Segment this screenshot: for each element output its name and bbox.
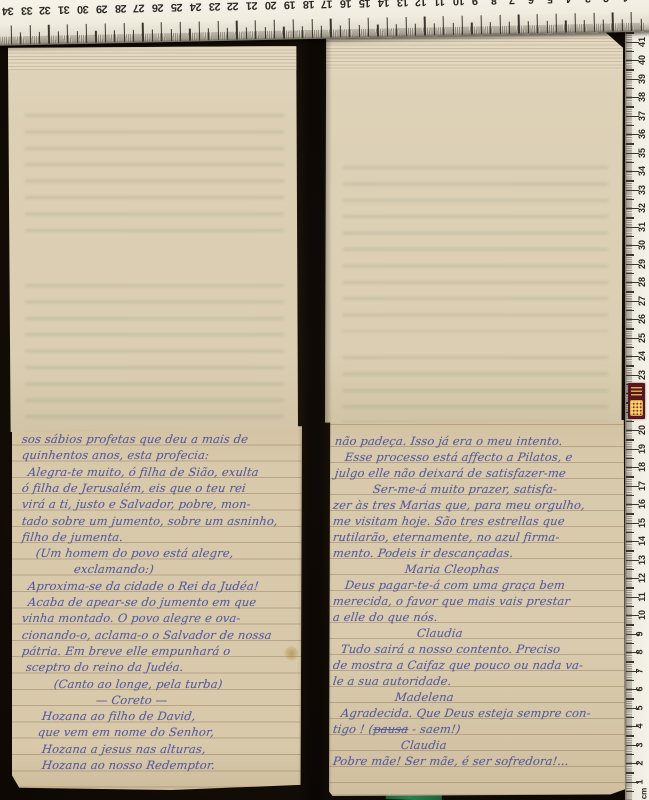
handwriting-line: cionando-o, aclama-o o Salvador de nossa	[21, 628, 273, 642]
ruler-number: 27	[134, 2, 146, 14]
ruler-half-tick	[626, 754, 634, 755]
ruler-half-tick	[452, 23, 454, 35]
ruler-cm-tick	[626, 227, 639, 228]
ruler-half-tick	[626, 69, 634, 70]
ruler-number: 20	[265, 0, 277, 11]
ruler-half-tick	[471, 22, 473, 34]
ruler-cm-tick	[626, 116, 639, 117]
handwriting-line: mento. Podeis ir descançadas.	[332, 546, 514, 560]
ruler-cm-tick	[626, 541, 639, 542]
handwriting-line: Ser-me-á muito prazer, satisfa-	[372, 482, 558, 496]
right-page-handwriting: não padeça. Isso já era o meu intento.Es…	[329, 420, 625, 794]
ruler-number: 29	[96, 2, 108, 14]
ruler-half-tick	[626, 254, 634, 255]
ruler-cm-tick	[480, 15, 482, 34]
ruler-half-tick	[227, 28, 229, 40]
handwriting-line: Agradecida. Que Deus esteja sempre con-	[340, 706, 592, 720]
ruler-half-tick	[490, 22, 492, 34]
ruler-cm-tick	[626, 79, 639, 80]
ruler-half-tick	[626, 717, 634, 718]
ruler-half-tick	[626, 532, 634, 533]
ruler-half-tick	[626, 476, 634, 477]
handwriting-line: Acaba de apear-se do jumento em que	[27, 595, 257, 609]
handwriting-line: Claudia	[400, 738, 447, 752]
ruler-cm-tick	[123, 23, 125, 42]
ruler-half-tick	[626, 587, 634, 588]
ruler-cm-tick	[626, 745, 639, 746]
right-written-page: não padeça. Isso já era o meu intento.Es…	[329, 420, 625, 796]
ruler-number: 6	[528, 0, 534, 5]
ruler-cm-tick	[626, 282, 639, 283]
ruler-cm-tick	[612, 12, 614, 31]
ruler-number: 23	[209, 0, 221, 12]
ruler-cm-tick	[161, 22, 163, 41]
handwriting-line: Deus pagar-te-á com uma graça bem	[344, 578, 566, 592]
ruler-half-tick	[321, 26, 323, 38]
ruler-number: 26	[152, 1, 164, 13]
ruler-half-tick	[584, 20, 586, 32]
ruler-cm-tick	[626, 264, 639, 265]
ruler-cm-tick	[499, 15, 501, 34]
ruler-number: 24	[190, 0, 202, 12]
ruler-half-tick	[626, 365, 634, 366]
ruler-half-tick	[626, 347, 634, 348]
ruler-cm-tick	[626, 449, 639, 450]
ruler-half-tick	[626, 661, 634, 662]
handwriting-line: Esse processo está affecto a Pilatos, e	[344, 450, 573, 464]
ruler-cm-tick	[443, 16, 445, 35]
handwriting-line: merecida, o favor que mais vais prestar	[332, 594, 571, 608]
ruler-half-tick	[626, 513, 634, 514]
ruler-number: 33	[21, 4, 33, 16]
ruler-half-tick	[434, 23, 436, 35]
ruler-cm-tick	[626, 245, 639, 246]
ruler-half-tick	[626, 106, 634, 107]
ruler-cm-tick	[236, 21, 238, 40]
handwriting-line: de mostra a Caifaz que pouco ou nada va-	[332, 658, 584, 672]
ruler-half-tick	[626, 643, 634, 644]
ruler-half-tick	[626, 236, 634, 237]
ruler-half-tick	[302, 26, 304, 38]
ruler-number: 8	[491, 0, 497, 6]
handwriting-line: julgo elle não deixará de satisfazer-me	[334, 466, 567, 480]
ruler-number: 34	[2, 5, 14, 17]
left-page-handwriting: sos sábios profetas que deu a mais dequi…	[12, 424, 302, 790]
handwriting-line: tado sobre um jumento, sobre um asninho,	[21, 514, 279, 528]
ruler-cm-tick	[11, 26, 13, 45]
ruler-half-tick	[626, 698, 634, 699]
ruler-cm-tick	[626, 726, 639, 727]
ruler-cm-tick	[626, 708, 639, 709]
ruler-cm-tick	[593, 13, 595, 32]
ruler-half-tick	[626, 273, 634, 274]
ruler-number: 9	[472, 0, 478, 6]
ruler-half-tick	[377, 25, 379, 37]
ruler-half-tick	[626, 199, 634, 200]
handwriting-line: Claudia	[416, 626, 463, 640]
handwriting-line: pátria. Em breve elle empunhará o	[21, 644, 231, 658]
ruler-cm-tick	[626, 430, 639, 431]
ruler-cm-tick	[626, 634, 639, 635]
paper-stain	[284, 646, 299, 661]
ruler-cm-tick	[255, 20, 257, 39]
ruler-number: 31	[58, 3, 70, 15]
ruler-half-tick	[95, 31, 97, 43]
ruler-cm-tick	[626, 689, 639, 690]
handwriting-line: le a sua autoridade.	[332, 674, 452, 688]
ruler-half-tick	[626, 606, 634, 607]
ruler-cm-tick	[626, 60, 639, 61]
right-lifted-leaf	[325, 28, 623, 425]
ruler-half-tick	[626, 439, 634, 440]
ruler-cm-tick	[274, 20, 276, 39]
handwriting-line: virá a ti, justo e Salvador, pobre, mon-	[21, 497, 252, 511]
ruler-half-tick	[626, 32, 634, 33]
ruler-half-tick	[546, 21, 548, 33]
handwriting-line: Aproxima-se da cidade o Rei da Judéa!	[27, 579, 259, 593]
ruler-cm-tick	[626, 467, 639, 468]
ruler-cm-tick	[626, 97, 639, 98]
ruler-cm-tick	[626, 523, 639, 524]
ruler-half-tick	[415, 24, 417, 36]
ruler-half-tick	[565, 20, 567, 32]
ruler-number: 15	[359, 0, 371, 9]
ruler-half-tick	[189, 29, 191, 41]
ruler-cm-tick	[626, 134, 639, 135]
ruler-half-tick	[626, 772, 634, 773]
ruler-number: 5	[547, 0, 553, 5]
handwriting-line: zer às tres Marias que, para meu orgulho…	[332, 498, 586, 512]
ruler-cm-tick	[626, 42, 639, 43]
ruler-half-tick	[283, 27, 285, 39]
ruler-half-tick	[133, 30, 135, 42]
ruler-half-tick	[58, 32, 60, 44]
handwriting-line: Alegra-te muito, ó filha de Sião, exulta	[27, 465, 259, 479]
ruler-half-tick	[20, 32, 22, 44]
ruler-cm-tick	[626, 597, 639, 598]
ruler-half-tick	[626, 495, 634, 496]
left-lifted-leaf	[8, 46, 298, 432]
handwriting-line: quinhentos anos, esta profecia:	[21, 448, 210, 462]
ruler-half-tick	[622, 19, 624, 31]
ruler-cm-tick	[330, 19, 332, 38]
handwriting-line: a elle do que nós.	[332, 610, 439, 624]
ruler-half-tick	[626, 458, 634, 459]
ruler-cm-tick	[292, 19, 294, 38]
handwriting-line: não padeça. Isso já era o meu intento.	[334, 434, 563, 448]
ruler-cm-tick	[626, 615, 639, 616]
ruler-cm-tick	[424, 17, 426, 36]
ruler-cm-tick	[67, 24, 69, 43]
ruler-half-tick	[603, 20, 605, 32]
ruler-half-tick	[626, 624, 634, 625]
ruler-cm-tick	[626, 486, 639, 487]
handwriting-line: vinha montado. O povo alegre e ova-	[21, 611, 241, 625]
ruler-number: 22	[228, 0, 240, 12]
ruler-half-tick	[114, 30, 116, 42]
handwriting-line: Hozana ao nosso Redemptor.	[41, 758, 216, 772]
handwriting-line: ó filha de Jerusalém, eis que o teu rei	[21, 481, 247, 495]
ruler-cm-tick	[386, 17, 388, 36]
ruler-half-tick	[509, 22, 511, 34]
ruler-cm-tick	[574, 13, 576, 32]
ruler-half-tick	[626, 217, 634, 218]
ruler-half-tick	[626, 125, 634, 126]
ruler-half-tick	[626, 291, 634, 292]
ruler-number: 17	[322, 0, 334, 10]
ruler-cm-tick	[626, 560, 639, 561]
ruler-half-tick	[626, 310, 634, 311]
ruler-cm-tick	[518, 14, 520, 33]
ruler-number: 18	[303, 0, 315, 10]
ruler-cm-tick	[105, 23, 107, 42]
ruler-half-tick	[340, 25, 342, 37]
ruler-number: 13	[397, 0, 409, 8]
ruler-half-tick	[39, 32, 41, 44]
ruler-cm-tick	[180, 22, 182, 41]
ruler-half-tick	[626, 550, 634, 551]
ruler-cm-tick	[626, 301, 639, 302]
ruler-cm-tick	[349, 18, 351, 37]
ruler-cm-tick	[29, 25, 31, 44]
handwriting-line: Pobre mãe! Ser mãe, é ser sofredora!...	[332, 754, 570, 768]
ruler-number: 28	[115, 2, 127, 14]
handwriting-line: Maria Cleophas	[404, 562, 500, 576]
ruler-cm-tick	[405, 17, 407, 36]
ruler-cm-tick	[142, 23, 144, 42]
ruler-half-tick	[170, 29, 172, 41]
ruler-number: 7	[510, 0, 516, 6]
ruler-number: 14	[378, 0, 390, 9]
ruler-half-tick	[396, 24, 398, 36]
ruler-number: 12	[416, 0, 428, 8]
ruler-half-tick	[246, 27, 248, 39]
ruler-half-tick	[640, 19, 642, 31]
ruler-half-tick	[264, 27, 266, 39]
ruler-number: 11	[434, 0, 445, 7]
ruler-cm-tick	[537, 14, 539, 33]
ruler-half-tick	[626, 51, 634, 52]
ruler-number: 30	[77, 3, 89, 15]
ruler-cm-tick	[626, 504, 639, 505]
right-ruler: cm 1234567891011121314151617181920212223…	[625, 0, 649, 800]
ruler-cm-tick	[626, 375, 639, 376]
handwriting-line: tigo ! (pausa - saem!)	[332, 722, 461, 736]
left-bleed-through-text	[25, 274, 283, 456]
ruler-half-tick	[626, 791, 634, 792]
ruler-cm-tick	[86, 24, 88, 43]
handwriting-line: Hozana a jesus nas alturas,	[41, 742, 207, 756]
emblem-logo-bars	[631, 387, 642, 397]
struck-word: pausa	[372, 722, 409, 736]
handwriting-line: (Um homem do povo está alegre,	[35, 546, 234, 560]
ruler-cm-tick	[626, 171, 639, 172]
ruler-number: 10	[453, 0, 465, 7]
emblem-gold-seal	[630, 400, 643, 416]
ruler-cm-tick	[626, 763, 639, 764]
ruler-number: 16	[340, 0, 352, 9]
ruler-cm-tick	[626, 190, 639, 191]
right-ruler-unit-label: cm	[639, 788, 648, 800]
ruler-cm-tick	[462, 16, 464, 35]
ruler-half-tick	[208, 28, 210, 40]
photo-background: cm 1234567891011121314151617181920212223…	[0, 0, 649, 800]
ruler-number: 25	[171, 1, 183, 13]
left-stacked-page-edges	[8, 46, 298, 70]
ruler-cm-tick	[368, 18, 370, 37]
handwriting-line: filho de jumenta.	[21, 530, 124, 544]
ruler-brand-emblem	[628, 383, 645, 419]
handwriting-line: sos sábios profetas que deu a mais de	[21, 432, 249, 446]
ruler-cm-tick	[626, 338, 639, 339]
ruler-cm-tick	[198, 21, 200, 40]
ruler-number: 4	[566, 0, 572, 4]
ruler-number: 1	[622, 0, 628, 3]
ruler-cm-tick	[626, 578, 639, 579]
ruler-half-tick	[76, 31, 78, 43]
ruler-half-tick	[358, 25, 360, 37]
ruler-half-tick	[626, 735, 634, 736]
ruler-cm-tick	[631, 12, 633, 31]
handwriting-line: que vem em nome do Senhor,	[37, 725, 215, 739]
handwriting-line: Tudo sairá a nosso contento. Preciso	[340, 642, 561, 656]
ruler-cm-tick	[626, 153, 639, 154]
right-bleed-through-text	[343, 156, 608, 332]
ruler-cm-tick	[626, 319, 639, 320]
ruler-number: 32	[40, 4, 52, 16]
ruler-cm-tick	[217, 21, 219, 40]
ruler-cm-tick	[626, 671, 639, 672]
ruler-half-tick	[528, 21, 530, 33]
handwriting-line: me visitam hoje. São tres estrellas que	[332, 514, 566, 528]
handwriting-line: Hozana ao filho de David,	[41, 709, 196, 723]
ruler-number: 2	[604, 0, 610, 4]
ruler-half-tick	[626, 569, 634, 570]
ruler-half-tick	[626, 180, 634, 181]
ruler-number: 21	[246, 0, 258, 11]
ruler-half-tick	[626, 421, 634, 422]
ruler-cm-tick	[311, 19, 313, 38]
left-bleed-through-text	[25, 104, 283, 236]
handwriting-line: Madelena	[394, 690, 454, 704]
handwriting-line: rutilarão, eternamente, no azul firma-	[332, 530, 560, 544]
left-written-page: sos sábios profetas que deu a mais dequi…	[12, 424, 302, 790]
ruler-half-tick	[626, 143, 634, 144]
ruler-number: 19	[284, 0, 296, 11]
ruler-half-tick	[626, 88, 634, 89]
handwriting-line: sceptro do reino da Judéa.	[25, 660, 184, 674]
ruler-cm-tick	[626, 652, 639, 653]
ruler-cm-tick	[556, 14, 558, 33]
handwriting-line: — Coreto —	[95, 693, 168, 707]
ruler-cm-tick	[48, 25, 50, 44]
handwriting-line: exclamando:)	[73, 562, 155, 576]
ruler-half-tick	[152, 29, 154, 41]
ruler-cm-tick	[626, 208, 639, 209]
ruler-cm-tick	[626, 782, 639, 783]
ruler-number: 3	[585, 0, 591, 4]
ruler-half-tick	[626, 680, 634, 681]
handwriting-line: (Canto ao longe, pela turba)	[53, 677, 223, 691]
ruler-half-tick	[626, 328, 634, 329]
ruler-cm-tick	[626, 356, 639, 357]
ruler-half-tick	[626, 162, 634, 163]
